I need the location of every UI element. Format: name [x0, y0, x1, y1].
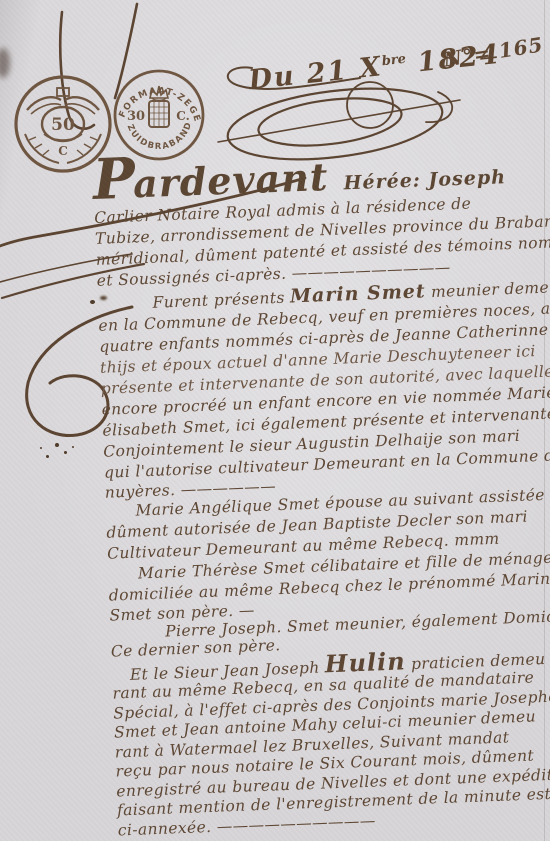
opening-word: ardevant: [132, 154, 329, 206]
svg-text:30: 30: [127, 109, 145, 124]
ink-dot: [46, 455, 49, 458]
ink-dot: [55, 443, 59, 447]
ink-dot: [40, 447, 42, 449]
svg-text:ZUIDBRABAND: ZUIDBRABAND: [125, 120, 195, 152]
opening-initial: P: [92, 145, 135, 212]
svg-text:C: C: [58, 144, 68, 158]
ink-dot: [72, 446, 74, 448]
svg-text:C.: C.: [176, 109, 190, 123]
deed-page: 50 C FORMAAT-ZEGEL ZUIDBRABAND 30 C. Du …: [0, 0, 550, 841]
deed-body: Pardevant Hérée: Joseph Carlier Notaire …: [92, 140, 550, 840]
comparution-post: meunier demeurant: [425, 277, 550, 301]
svg-text:50: 50: [51, 115, 75, 135]
ink-dot: [64, 451, 67, 454]
ink-dot: [90, 300, 95, 304]
notary-name: Hérée: Joseph: [343, 166, 506, 194]
